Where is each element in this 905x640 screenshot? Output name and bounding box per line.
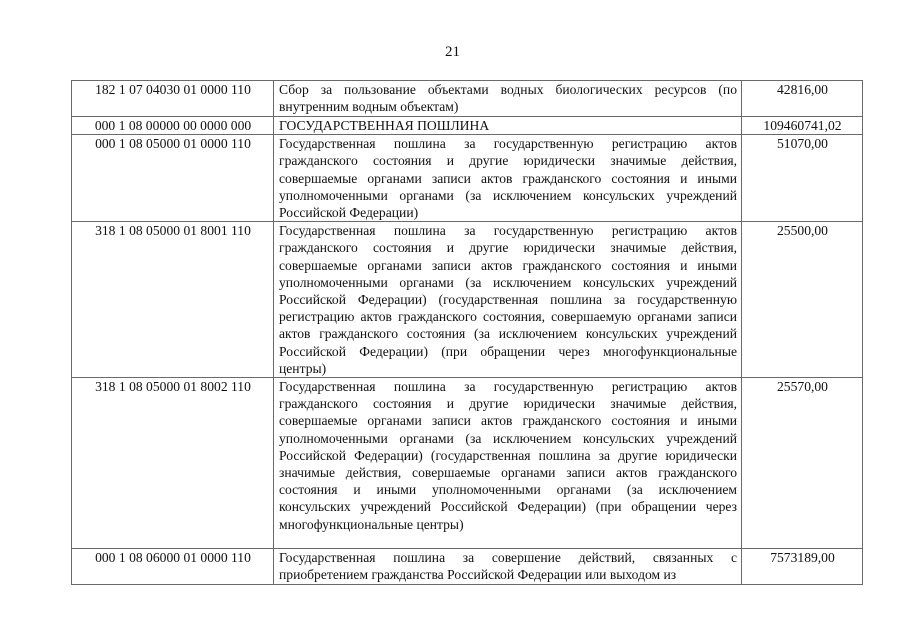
amount: 109460741,02	[742, 117, 863, 135]
budget-code: 318 1 08 05000 01 8002 110	[72, 378, 274, 549]
budget-code: 000 1 08 06000 01 0000 110	[72, 549, 274, 585]
revenue-name: Государственная пошлина за совершение де…	[274, 549, 742, 585]
amount: 7573189,00	[742, 549, 863, 585]
revenue-name: Сбор за пользование объектами водных био…	[274, 81, 742, 117]
revenue-name: ГОСУДАРСТВЕННАЯ ПОШЛИНА	[274, 117, 742, 135]
amount: 25570,00	[742, 378, 863, 549]
revenue-name: Государственная пошлина за государственн…	[274, 378, 742, 549]
table-row: 318 1 08 05000 01 8002 110 Государственн…	[72, 378, 863, 549]
budget-code: 000 1 08 05000 01 0000 110	[72, 135, 274, 222]
table-row: 000 1 08 06000 01 0000 110 Государственн…	[72, 549, 863, 585]
amount: 25500,00	[742, 222, 863, 378]
budget-code: 318 1 08 05000 01 8001 110	[72, 222, 274, 378]
budget-code: 182 1 07 04030 01 0000 110	[72, 81, 274, 117]
amount: 42816,00	[742, 81, 863, 117]
table-row: 318 1 08 05000 01 8001 110 Государственн…	[72, 222, 863, 378]
revenue-name: Государственная пошлина за государственн…	[274, 135, 742, 222]
table-row: 000 1 08 05000 01 0000 110 Государственн…	[72, 135, 863, 222]
amount: 51070,00	[742, 135, 863, 222]
table-row: 182 1 07 04030 01 0000 110 Сбор за польз…	[72, 81, 863, 117]
budget-code: 000 1 08 00000 00 0000 000	[72, 117, 274, 135]
table-row: 000 1 08 00000 00 0000 000 ГОСУДАРСТВЕНН…	[72, 117, 863, 135]
page-number: 21	[0, 44, 905, 61]
revenue-table: 182 1 07 04030 01 0000 110 Сбор за польз…	[71, 80, 863, 585]
revenue-name: Государственная пошлина за государственн…	[274, 222, 742, 378]
